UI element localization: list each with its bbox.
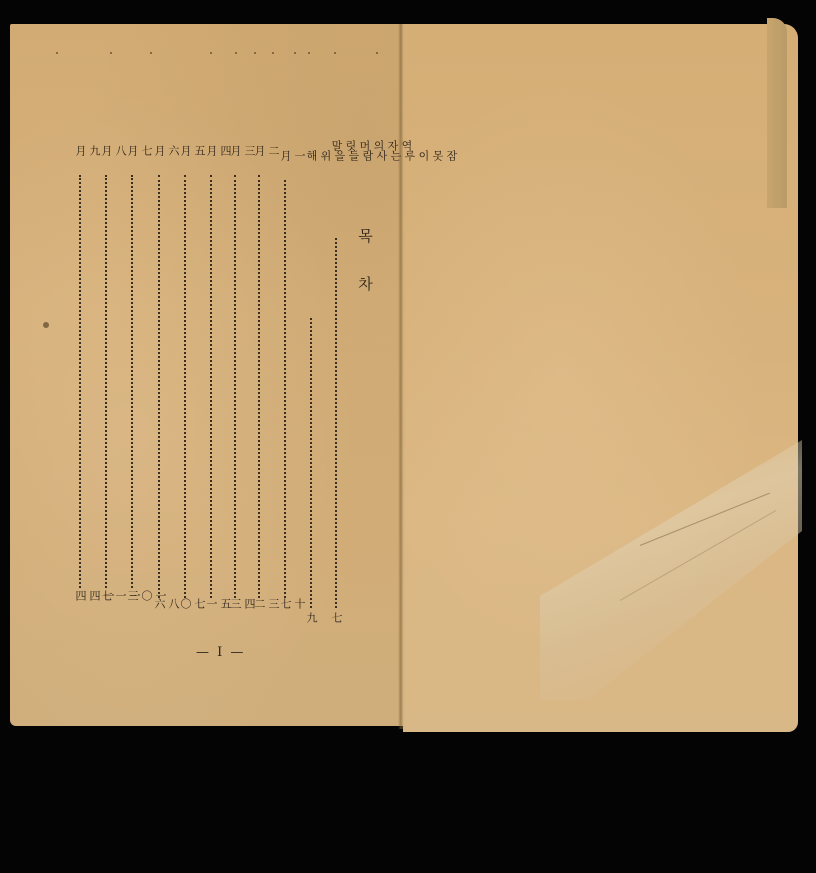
page-number: — I — <box>196 645 245 660</box>
toc-entry-label: 六月 <box>152 145 180 156</box>
toc-heading: 목 차 <box>355 228 376 305</box>
leader-dots <box>210 175 212 598</box>
toc-entry-label: 三月 <box>228 145 256 156</box>
toc-entry-page: 七 <box>329 612 343 623</box>
leader-dots <box>158 175 160 598</box>
toc-entry-label: 二月 <box>252 145 280 156</box>
toc-entry-label: 四月 <box>204 145 232 156</box>
leader-dots <box>335 238 337 608</box>
book-spread: 목 차 역자의 머릿말 七 잠 못이루는 사람들을 위해 九 一月 十七 二月 … <box>0 0 816 873</box>
leader-dots <box>79 175 81 588</box>
toc-entry-page: 九 <box>304 612 318 623</box>
toc-entry-page: 七〇 <box>178 598 206 609</box>
toc-entry-page: 三二 <box>252 598 280 609</box>
leader-dots <box>234 175 236 598</box>
leader-dots <box>310 318 312 608</box>
toc-entry-page: 四三 <box>228 598 256 609</box>
toc-entry-label: 잠 못이루는 사람들을 위해 <box>304 150 458 161</box>
toc-entry-label: 七月 <box>125 145 153 156</box>
leader-dots <box>258 175 260 598</box>
toc-entry-page: 十七 <box>278 598 306 609</box>
toc-entry-label: 八月 <box>99 145 127 156</box>
leader-dots <box>105 175 107 588</box>
toc-entry-label: 一月 <box>278 150 306 161</box>
leader-dots <box>184 175 186 598</box>
page-edge <box>767 18 787 208</box>
toc-entry-label: 九月 <box>73 145 101 156</box>
toc-entry-page: 五一 <box>204 598 232 609</box>
toc-entry-page: 一四四 <box>73 590 115 601</box>
leader-dots <box>131 175 133 588</box>
table-of-contents: 목 차 역자의 머릿말 七 잠 못이루는 사람들을 위해 九 一月 十七 二月 … <box>0 0 403 720</box>
leader-dots <box>284 180 286 598</box>
toc-entry-label: 五月 <box>178 145 206 156</box>
